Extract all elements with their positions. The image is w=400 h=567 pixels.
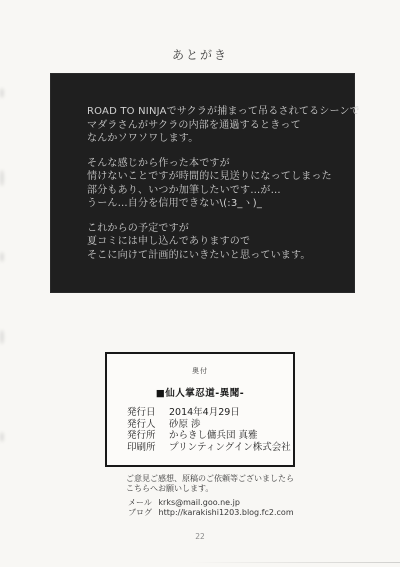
- colophon-row-circle: 発行所 からきし傭兵団 真雅: [127, 430, 293, 442]
- afterword-line: マダラさんがサクラの内部を通過するときって: [87, 119, 347, 133]
- scan-artifact: [0, 330, 4, 344]
- book-title: ■仙人掌忍道-異聞-: [107, 385, 293, 399]
- colophon-value: 2014年4月29日: [169, 407, 240, 419]
- afterword-line: これからの予定ですが: [87, 222, 347, 236]
- afterword-line: 夏コミには申し込んでありますので: [87, 235, 347, 249]
- email-label: メール: [128, 498, 152, 507]
- contact-line: ご意見ご感想、原稿のご依頼等ございましたら: [126, 474, 294, 484]
- afterword-line: 情けないことですが時間的に見送りになってしまった: [87, 170, 347, 184]
- blog-url: http://karakishi1203.blog.fc2.com: [159, 508, 294, 517]
- contact-email-row: メール krks@mail.goo.ne.jp: [128, 498, 294, 508]
- scan-artifact: [0, 170, 4, 186]
- contact-links: メール krks@mail.goo.ne.jp ブログ http://karak…: [128, 498, 294, 518]
- afterword-line: なんかソワソワします。: [87, 132, 347, 146]
- colophon-label: 発行人: [127, 419, 161, 431]
- scan-artifact-bottom-line: [190, 562, 400, 563]
- colophon-value: プリンティングイン株式会社: [169, 442, 291, 454]
- colophon-value: からきし傭兵団 真雅: [169, 430, 258, 442]
- afterword-line: そんな感じから作った本ですが: [87, 157, 347, 171]
- scan-artifact: [0, 88, 4, 98]
- colophon-row-publisher-person: 発行人 砂原 渉: [127, 419, 293, 431]
- contact-block: ご意見ご感想、原稿のご依頼等ございましたら こちらへお願いします。 メール kr…: [126, 474, 294, 518]
- colophon-label: 発行所: [127, 430, 161, 442]
- email-address: krks@mail.goo.ne.jp: [158, 498, 240, 507]
- colophon-label: 印刷所: [127, 442, 161, 454]
- scanned-page: あとがき ROAD TO NINJAでサクラが捕まって吊るされてるシーンで マダ…: [0, 0, 400, 567]
- colophon-row-printer: 印刷所 プリンティングイン株式会社: [127, 442, 293, 454]
- colophon-row-publish-date: 発行日 2014年4月29日: [127, 407, 293, 419]
- colophon-heading: 奥付: [107, 366, 293, 376]
- afterword-paragraph-2: そんな感じから作った本ですが 情けないことですが時間的に見送りになってしまった …: [87, 157, 347, 211]
- contact-blog-row: ブログ http://karakishi1203.blog.fc2.com: [128, 508, 294, 518]
- colophon-rows: 発行日 2014年4月29日 発行人 砂原 渉 発行所 からきし傭兵団 真雅 印…: [107, 407, 293, 453]
- page-number: 22: [0, 532, 400, 541]
- afterword-line: うーん…自分を信用できない\(:3_ヽ)_: [87, 197, 347, 211]
- afterword-line: 部分もあり、いつか加筆したいです…が…: [87, 184, 347, 198]
- scan-artifact: [0, 432, 4, 442]
- afterword-paragraph-3: これからの予定ですが 夏コミには申し込んでありますので そこに向けて計画的にいき…: [87, 222, 347, 263]
- afterword-title: あとがき: [0, 46, 400, 63]
- blog-label: ブログ: [128, 508, 152, 517]
- afterword-line: ROAD TO NINJAでサクラが捕まって吊るされてるシーンで: [87, 105, 347, 119]
- afterword-paragraph-1: ROAD TO NINJAでサクラが捕まって吊るされてるシーンで マダラさんがサ…: [87, 105, 347, 146]
- colophon-value: 砂原 渉: [169, 419, 201, 431]
- colophon-box: 奥付 ■仙人掌忍道-異聞- 発行日 2014年4月29日 発行人 砂原 渉 発行…: [105, 352, 295, 467]
- colophon-label: 発行日: [127, 407, 161, 419]
- afterword-panel: ROAD TO NINJAでサクラが捕まって吊るされてるシーンで マダラさんがサ…: [50, 73, 355, 293]
- scan-artifact: [0, 252, 4, 262]
- afterword-line: そこに向けて計画的にいきたいと思っています。: [87, 249, 347, 263]
- contact-line: こちらへお願いします。: [126, 484, 294, 494]
